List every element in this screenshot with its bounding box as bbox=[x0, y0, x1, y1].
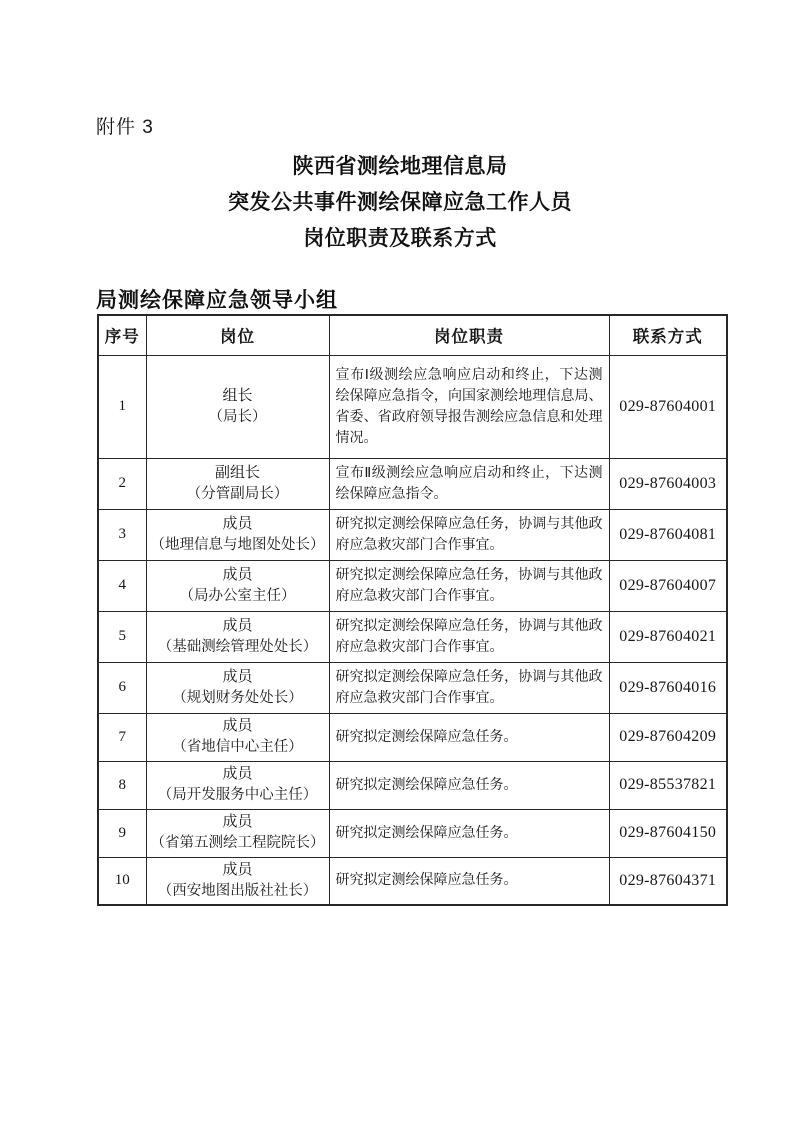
position-subtitle: （规划财务处处长） bbox=[147, 688, 329, 709]
position-cell: 组长 （局长） bbox=[146, 355, 329, 458]
document-title: 陕西省测绘地理信息局 突发公共事件测绘保障应急工作人员 岗位职责及联系方式 bbox=[0, 149, 800, 257]
header-number: 序号 bbox=[98, 315, 146, 355]
position-cell: 成员 （地理信息与地图处处长） bbox=[146, 509, 329, 560]
position-subtitle: （局开发服务中心主任） bbox=[147, 785, 329, 806]
title-line-1: 陕西省测绘地理信息局 bbox=[0, 149, 800, 185]
duty-cell: 研究拟定测绘保障应急任务。 bbox=[329, 713, 609, 761]
position-subtitle: （地理信息与地图处处长） bbox=[147, 535, 329, 556]
row-number: 10 bbox=[98, 857, 146, 905]
position-cell: 成员 （规划财务处处长） bbox=[146, 662, 329, 713]
position-title: 组长 bbox=[147, 386, 329, 407]
header-position: 岗位 bbox=[146, 315, 329, 355]
table-row: 7 成员 （省地信中心主任） 研究拟定测绘保障应急任务。 029-8760420… bbox=[98, 713, 727, 761]
row-number: 9 bbox=[98, 809, 146, 857]
table-row: 6 成员 （规划财务处处长） 研究拟定测绘保障应急任务，协调与其他政府应急救灾部… bbox=[98, 662, 727, 713]
position-subtitle: （基础测绘管理处处长） bbox=[147, 637, 329, 658]
duty-cell: 宣布Ⅱ级测绘应急响应启动和终止，下达测绘保障应急指令。 bbox=[329, 458, 609, 509]
table-row: 1 组长 （局长） 宣布Ⅰ级测绘应急响应启动和终止，下达测绘保障应急指令，向国家… bbox=[98, 355, 727, 458]
position-title: 成员 bbox=[147, 716, 329, 737]
position-cell: 副组长 （分管副局长） bbox=[146, 458, 329, 509]
attachment-label: 附件 3 bbox=[96, 112, 154, 139]
contact-cell: 029-87604209 bbox=[609, 713, 727, 761]
position-title: 成员 bbox=[147, 667, 329, 688]
position-cell: 成员 （省第五测绘工程院院长） bbox=[146, 809, 329, 857]
table-header-row: 序号 岗位 岗位职责 联系方式 bbox=[98, 315, 727, 355]
position-cell: 成员 （局办公室主任） bbox=[146, 560, 329, 611]
table-row: 8 成员 （局开发服务中心主任） 研究拟定测绘保障应急任务。 029-85537… bbox=[98, 761, 727, 809]
duty-cell: 研究拟定测绘保障应急任务，协调与其他政府应急救灾部门合作事宜。 bbox=[329, 509, 609, 560]
header-contact: 联系方式 bbox=[609, 315, 727, 355]
duty-cell: 研究拟定测绘保障应急任务。 bbox=[329, 857, 609, 905]
contact-cell: 029-87604150 bbox=[609, 809, 727, 857]
title-line-3: 岗位职责及联系方式 bbox=[0, 221, 800, 257]
position-cell: 成员 （西安地图出版社社长） bbox=[146, 857, 329, 905]
contact-cell: 029-87604007 bbox=[609, 560, 727, 611]
row-number: 8 bbox=[98, 761, 146, 809]
duty-cell: 宣布Ⅰ级测绘应急响应启动和终止，下达测绘保障应急指令，向国家测绘地理信息局、省委… bbox=[329, 355, 609, 458]
position-subtitle: （局办公室主任） bbox=[147, 586, 329, 607]
position-cell: 成员 （省地信中心主任） bbox=[146, 713, 329, 761]
duty-cell: 研究拟定测绘保障应急任务，协调与其他政府应急救灾部门合作事宜。 bbox=[329, 611, 609, 662]
row-number: 7 bbox=[98, 713, 146, 761]
contact-cell: 029-87604016 bbox=[609, 662, 727, 713]
position-title: 成员 bbox=[147, 812, 329, 833]
contact-cell: 029-87604001 bbox=[609, 355, 727, 458]
table-row: 10 成员 （西安地图出版社社长） 研究拟定测绘保障应急任务。 029-8760… bbox=[98, 857, 727, 905]
emergency-leadership-table: 序号 岗位 岗位职责 联系方式 1 组长 （局长） 宣布Ⅰ级测绘应急响应启动和终… bbox=[97, 314, 728, 906]
table-row: 4 成员 （局办公室主任） 研究拟定测绘保障应急任务，协调与其他政府应急救灾部门… bbox=[98, 560, 727, 611]
document-page: { "page": { "attachment_label": "附件 3", … bbox=[0, 0, 800, 1131]
contact-cell: 029-87604003 bbox=[609, 458, 727, 509]
contact-cell: 029-87604081 bbox=[609, 509, 727, 560]
position-subtitle: （省第五测绘工程院院长） bbox=[147, 833, 329, 854]
position-title: 成员 bbox=[147, 616, 329, 637]
position-subtitle: （省地信中心主任） bbox=[147, 737, 329, 758]
table-row: 3 成员 （地理信息与地图处处长） 研究拟定测绘保障应急任务，协调与其他政府应急… bbox=[98, 509, 727, 560]
duty-cell: 研究拟定测绘保障应急任务。 bbox=[329, 809, 609, 857]
table-row: 5 成员 （基础测绘管理处处长） 研究拟定测绘保障应急任务，协调与其他政府应急救… bbox=[98, 611, 727, 662]
position-subtitle: （西安地图出版社社长） bbox=[147, 881, 329, 902]
row-number: 4 bbox=[98, 560, 146, 611]
position-cell: 成员 （局开发服务中心主任） bbox=[146, 761, 329, 809]
duty-cell: 研究拟定测绘保障应急任务，协调与其他政府应急救灾部门合作事宜。 bbox=[329, 662, 609, 713]
section-title: 局测绘保障应急领导小组 bbox=[96, 284, 338, 314]
table-row: 9 成员 （省第五测绘工程院院长） 研究拟定测绘保障应急任务。 029-8760… bbox=[98, 809, 727, 857]
position-title: 副组长 bbox=[147, 463, 329, 484]
position-title: 成员 bbox=[147, 860, 329, 881]
position-subtitle: （局长） bbox=[147, 407, 329, 428]
contact-cell: 029-87604021 bbox=[609, 611, 727, 662]
position-title: 成员 bbox=[147, 514, 329, 535]
row-number: 3 bbox=[98, 509, 146, 560]
position-title: 成员 bbox=[147, 764, 329, 785]
contact-cell: 029-87604371 bbox=[609, 857, 727, 905]
contact-cell: 029-85537821 bbox=[609, 761, 727, 809]
row-number: 5 bbox=[98, 611, 146, 662]
position-cell: 成员 （基础测绘管理处处长） bbox=[146, 611, 329, 662]
title-line-2: 突发公共事件测绘保障应急工作人员 bbox=[0, 185, 800, 221]
duty-cell: 研究拟定测绘保障应急任务，协调与其他政府应急救灾部门合作事宜。 bbox=[329, 560, 609, 611]
position-title: 成员 bbox=[147, 565, 329, 586]
duty-cell: 研究拟定测绘保障应急任务。 bbox=[329, 761, 609, 809]
table-row: 2 副组长 （分管副局长） 宣布Ⅱ级测绘应急响应启动和终止，下达测绘保障应急指令… bbox=[98, 458, 727, 509]
row-number: 2 bbox=[98, 458, 146, 509]
header-duty: 岗位职责 bbox=[329, 315, 609, 355]
position-subtitle: （分管副局长） bbox=[147, 484, 329, 505]
row-number: 6 bbox=[98, 662, 146, 713]
row-number: 1 bbox=[98, 355, 146, 458]
